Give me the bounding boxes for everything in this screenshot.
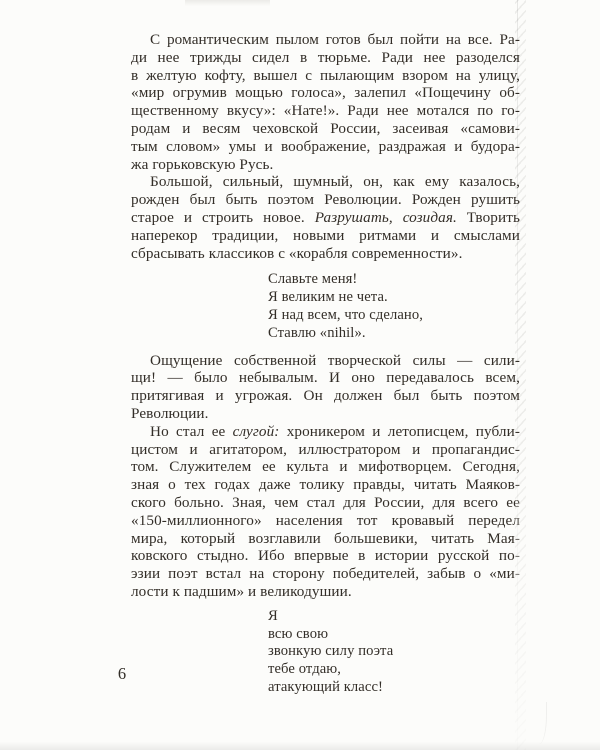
text-column: С романтическим пылом готов был пойти на…: [131, 22, 520, 697]
text-line: зная о тех годах даже толику правды, чит…: [131, 476, 520, 494]
text-line: ского больно. Зная, чем стал для России,…: [131, 494, 520, 512]
text-line: наперекор традиции, новыми ритмами и смы…: [131, 227, 520, 245]
text-line: эзии поэт встал на сторону победителей, …: [131, 565, 520, 583]
paragraph: Но стал ее слугой: хроникером и летописц…: [131, 423, 520, 601]
paragraph: С романтическим пылом готов был пойти на…: [131, 31, 520, 173]
verse-line: тебе отдаю,: [268, 661, 520, 679]
text-line: цистом и агитатором, иллюстратором и про…: [131, 441, 520, 459]
text-line: С романтическим пылом готов был пойти на…: [131, 31, 520, 49]
text-line: Революции.: [131, 405, 520, 423]
paragraph: Большой, сильный, шумный, он, как ему ка…: [131, 173, 520, 262]
page-edge-fade: [515, 420, 527, 750]
text-run: Творить: [457, 209, 520, 226]
text-line: мира, который возглавили большевики, чит…: [131, 530, 520, 548]
verse-line: звонкую силу поэта: [268, 643, 520, 661]
text-line: сбрасывать классиков с «корабля современ…: [131, 245, 520, 263]
page-bottom-shadow: [0, 741, 600, 750]
verse-line: всю свою: [268, 626, 520, 644]
text-line: том. Служителем ее культа и мифотворцем.…: [131, 458, 520, 476]
text-line: притягивая и угрожая. Он должен был быть…: [131, 387, 520, 405]
text-line: «150-миллионного» населения тот кровавый…: [131, 512, 520, 530]
verse-line: Я: [268, 608, 520, 626]
scan-artifact-top: [185, 0, 270, 6]
text-line: жа горьковскую Русь.: [131, 156, 520, 174]
text-line: Ощущение собственной творческой силы — с…: [131, 352, 520, 370]
text-line: ковского стыдно. Ибо впервые в истории р…: [131, 547, 520, 565]
text-line: щественному вкусу»: «Нате!». Ради нее мо…: [131, 102, 520, 120]
verse-quote: Славьте меня! Я великим не чета. Я над в…: [268, 271, 520, 342]
text-line: родам и весям чеховской России, засеивая…: [131, 120, 520, 138]
text-run: хроникером и летописцем, публи-: [279, 423, 520, 440]
text-line: Большой, сильный, шумный, он, как ему ка…: [131, 173, 520, 191]
verse-line: Славьте меня!: [268, 271, 520, 289]
text-line: щи! — было небывалым. И оно передавалось…: [131, 369, 520, 387]
text-run: Но стал ее: [150, 423, 233, 440]
verse-line: Ставлю «nihil».: [268, 325, 520, 343]
italic-phrase: слугой:: [233, 423, 280, 440]
verse-quote: Я всю свою звонкую силу поэта тебе отдаю…: [268, 608, 520, 697]
text-line: лости к падшим» и великодушии.: [131, 583, 520, 601]
paragraph: Ощущение собственной творческой силы — с…: [131, 352, 520, 423]
text-line: ди нее трижды сидел в тюрьме. Ради нее р…: [131, 49, 520, 67]
verse-line: Я над всем, что сделано,: [268, 307, 520, 325]
page-corner-curl: [536, 702, 547, 744]
book-page: С романтическим пылом готов был пойти на…: [0, 0, 600, 750]
text-line: Но стал ее слугой: хроникером и летописц…: [131, 423, 520, 441]
verse-line: Я великим не чета.: [268, 289, 520, 307]
page-number: 6: [112, 664, 132, 684]
italic-phrase: Разрушать, созидая.: [315, 209, 457, 226]
text-line: рожден был быть поэтом Революции. Рожден…: [131, 191, 520, 209]
text-line: в желтую кофту, вышел с пылающим взором …: [131, 67, 520, 85]
verse-line: атакующий класс!: [268, 679, 520, 697]
text-line: старое и строить новое. Разрушать, созид…: [131, 209, 520, 227]
text-line: «мир огрумив мощью голоса», залепил «Пощ…: [131, 84, 520, 102]
text-run: старое и строить новое.: [131, 209, 315, 226]
text-line: тым словом» умы и воображение, раздражая…: [131, 138, 520, 156]
